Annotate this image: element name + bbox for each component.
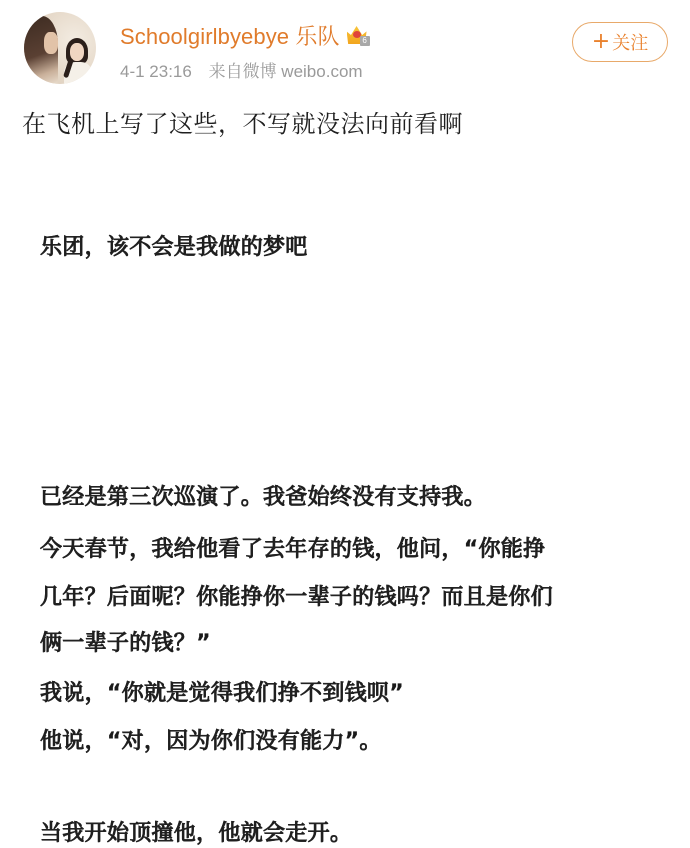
badge-level: 6 <box>360 36 370 46</box>
image-text-line: 俩一辈子的钱？” <box>40 626 211 657</box>
avatar-face-left <box>44 32 58 54</box>
post-source: 来自微博 weibo.com <box>209 62 363 81</box>
post-image[interactable]: 乐团，该不会是我做的梦吧 已经是第三次巡演了。我爸始终没有支持我。 今天春节，我… <box>0 170 690 848</box>
image-text-line: 乐团，该不会是我做的梦吧 <box>40 230 308 261</box>
image-text-line: 当我开始顶撞他，他就会走开。 <box>40 816 352 847</box>
image-text-line: 他说，“对，因为你们没有能力”。 <box>40 724 382 755</box>
username-link[interactable]: Schoolgirlbyebye 乐队 <box>120 20 340 51</box>
image-text-line: 今天春节，我给他看了去年存的钱，他问，“你能挣 <box>40 532 545 563</box>
post-header: Schoolgirlbyebye 乐队 6 4-1 23:16 来自微博 wei… <box>0 0 690 100</box>
follow-button[interactable]: + 关注 <box>572 22 668 62</box>
avatar[interactable] <box>24 12 96 84</box>
image-text-line: 已经是第三次巡演了。我爸始终没有支持我。 <box>40 480 486 511</box>
post-text: 在飞机上写了这些，不写就没法向前看啊 <box>22 104 463 139</box>
post-meta: 4-1 23:16 来自微博 weibo.com <box>120 57 363 82</box>
post-timestamp[interactable]: 4-1 23:16 <box>120 62 192 81</box>
plus-icon: + <box>592 31 610 53</box>
crown-badge-icon[interactable]: 6 <box>346 24 370 46</box>
username-row: Schoolgirlbyebye 乐队 6 <box>120 20 370 50</box>
image-text-line: 我说，“你就是觉得我们挣不到钱呗” <box>40 676 404 707</box>
image-text-line: 几年？后面呢？你能挣你一辈子的钱吗？而且是你们 <box>40 580 553 611</box>
follow-button-label: 关注 <box>612 29 648 55</box>
